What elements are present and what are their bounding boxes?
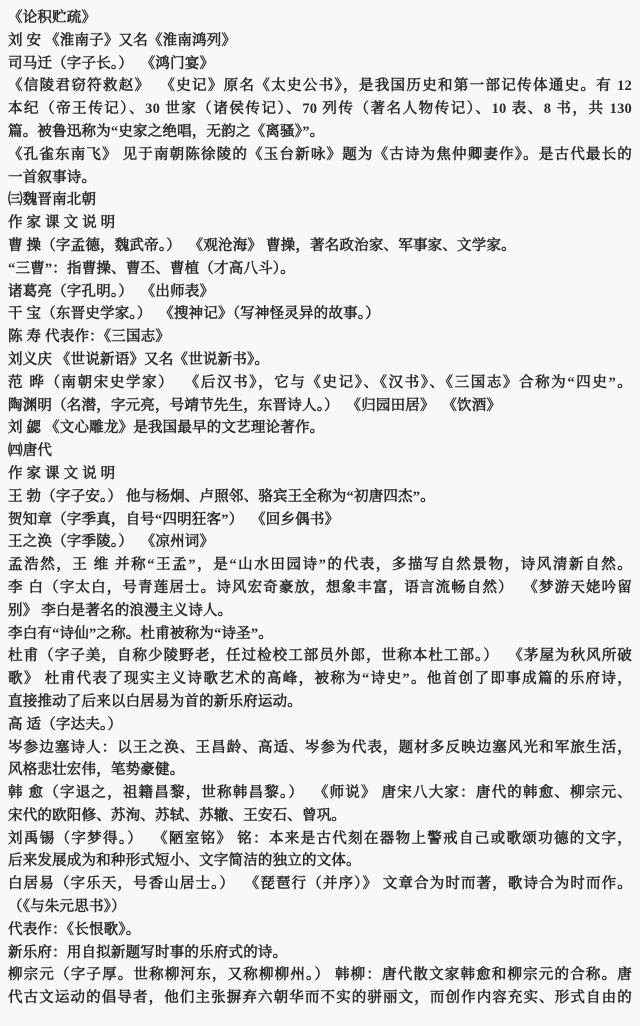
text-line: 一首叙事诗。 — [8, 167, 632, 190]
text-line: 范 晔（南朝宋史学家） 《后汉书》，它与《史记》、《汉书》、《三国志》合称为“四… — [8, 372, 632, 395]
text-line: 后来发展成为和种形式短小、文字简洁的独立的文体。 — [8, 850, 632, 873]
text-line: 王之涣（字季陵。） 《凉州词》 — [8, 531, 632, 554]
text-line: 《信陵君窃符救赵》 《史记》原名《太史公书》，是我国历史和第一部记传体通史。有 … — [8, 75, 632, 98]
text-line: 篇。被鲁迅称为“史家之绝唱，无韵之《离骚》”。 — [8, 121, 632, 144]
text-line: 韩 愈（字退之，祖籍昌黎，世称韩昌黎。） 《师说》 唐宋八大家：唐代的韩愈、柳宗… — [8, 782, 632, 805]
text-line: 新乐府：用自拟新题写时事的乐府式的诗。 — [8, 942, 632, 965]
text-line: 刘 安 《淮南子》又名《淮南鸿列》 — [8, 30, 632, 53]
text-line: 刘禹锡（字梦得。） 《陋室铭》 铭：本来是古代刻在器物上警戒自己或歌颂功德的文字… — [8, 828, 632, 851]
text-line: 陶渊明（名潜，字元亮，号靖节先生，东晋诗人。） 《归园田居》 《饮酒》 — [8, 395, 632, 418]
text-line: 本纪（帝王传记）、30 世家（诸侯传记）、70 列传（著名人物传记）、10 表、… — [8, 98, 632, 121]
text-line: 刘 勰 《文心雕龙》是我国最早的文艺理论著作。 — [8, 417, 632, 440]
document-body: 《论积贮疏》刘 安 《淮南子》又名《淮南鸿列》司马迁（字子长。） 《鸿门宴》《信… — [8, 7, 632, 1010]
text-line: 柳宗元（字子厚。世称柳河东，又称柳柳州。） 韩柳：唐代散文家韩愈和柳宗元的合称。… — [8, 964, 632, 987]
text-line: 贺知章（字季真，自号“四明狂客”） 《回乡偶书》 — [8, 509, 632, 532]
text-line: 高 适（字达夫。） — [8, 714, 632, 737]
text-line: 别》 李白是著名的浪漫主义诗人。 — [8, 600, 632, 623]
text-line: 曹 操（字孟德，魏武帝。） 《观沧海》 曹操，著名政治家、军事家、文学家。 — [8, 235, 632, 258]
text-line: 《孔雀东南飞》 见于南朝陈徐陵的《玉台新咏》题为《古诗为焦仲卿妻作》。是古代最长… — [8, 144, 632, 167]
text-line: 李白有“诗仙”之称。杜甫被称为“诗圣”。 — [8, 623, 632, 646]
text-line: （《与朱元思书》） — [8, 896, 632, 919]
text-line: 司马迁（字子长。） 《鸿门宴》 — [8, 53, 632, 76]
text-line: “三曹”：指曹操、曹丕、曹植（才高八斗）。 — [8, 258, 632, 281]
text-line: 诸葛亮（字孔明。） 《出师表》 — [8, 281, 632, 304]
text-line: 宋代的欧阳修、苏洵、苏轼、苏辙、王安石、曾巩。 — [8, 805, 632, 828]
text-line: 王 勃（字子安。） 他与杨炯、卢照邻、骆宾王全称为“初唐四杰”。 — [8, 486, 632, 509]
text-line: ㈢魏晋南北朝 — [8, 189, 632, 212]
text-line: 岑参边塞诗人：以王之涣、王昌龄、高适、岑参为代表，题材多反映边塞风光和军旅生活， — [8, 737, 632, 760]
text-line: ㈣唐代 — [8, 440, 632, 463]
text-line: 作 家 课 文 说 明 — [8, 463, 632, 486]
text-line: 《论积贮疏》 — [8, 7, 632, 30]
text-line: 孟浩然，王 维 并称“王孟”，是“山水田园诗”的代表，多描写自然景物，诗风清新自… — [8, 554, 632, 577]
text-line: 李 白（字太白，号青莲居士。诗风宏奇豪放，想象丰富，语言流畅自然） 《梦游天姥吟… — [8, 577, 632, 600]
document-page: 《论积贮疏》刘 安 《淮南子》又名《淮南鸿列》司马迁（字子长。） 《鸿门宴》《信… — [0, 0, 640, 1026]
text-line: 直接推动了后来以白居易为首的新乐府运动。 — [8, 691, 632, 714]
text-line: 干 宝（东晋史学家。） 《搜神记》（写神怪灵异的故事。） — [8, 303, 632, 326]
text-line: 代古文运动的倡导者，他们主张摒弃六朝华而不实的骈丽文，而创作内容充实、形式自由的 — [8, 987, 632, 1010]
text-line: 作 家 课 文 说 明 — [8, 212, 632, 235]
text-line: 陈 寿 代表作：《三国志》 — [8, 326, 632, 349]
text-line: 歌》 杜甫代表了现实主义诗歌艺术的高峰，被称为“诗史”。他首创了即事成篇的乐府诗… — [8, 668, 632, 691]
text-line: 代表作：《长恨歌》。 — [8, 919, 632, 942]
text-line: 刘义庆 《世说新语》又名《世说新书》。 — [8, 349, 632, 372]
text-line: 风格悲壮宏伟，笔势豪健。 — [8, 759, 632, 782]
text-line: 白居易（字乐天，号香山居士。） 《琵琶行（并序）》 文章合为时而著，歌诗合为时而… — [8, 873, 632, 896]
text-line: 杜甫（字子美，自称少陵野老，任过检校工部员外郎，世称本杜工部。） 《茅屋为秋风所… — [8, 645, 632, 668]
